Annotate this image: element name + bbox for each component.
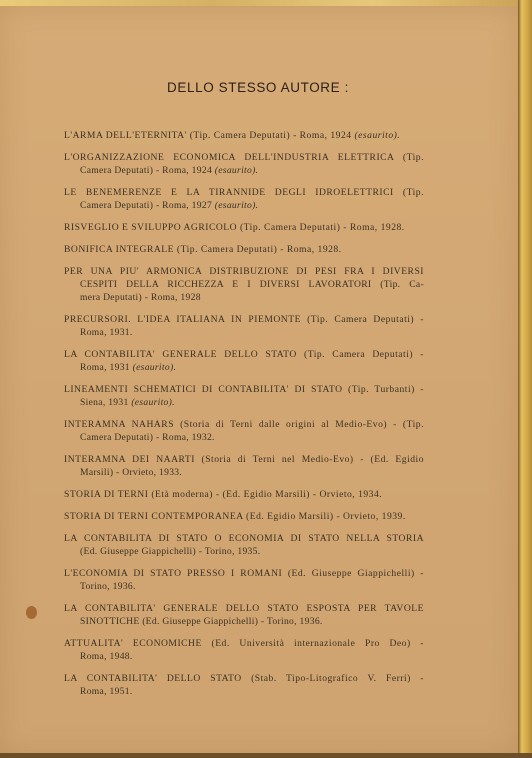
list-item: LA CONTABILITA' GENERALE DELLO STATO ESP… <box>64 602 424 628</box>
list-item: L'ARMA DELL'ETERNITA' (Tip. Camera Deput… <box>64 129 424 142</box>
entry-title: INTERAMNA NAHARS (Storia di Terni dalle … <box>64 418 424 431</box>
entry-title: LA CONTABILITA DI STATO O ECONOMIA DI ST… <box>64 532 424 545</box>
entry-publisher: mera Deputati) - Roma, 1928 <box>64 291 424 304</box>
entry-title: PRECURSORI. L'IDEA ITALIANA IN PIEMONTE … <box>64 313 424 326</box>
entry-title: LINEAMENTI SCHEMATICI DI CONTABILITA' DI… <box>64 383 424 396</box>
entry-title: PER UNA PIU' ARMONICA DISTRIBUZIONE DI P… <box>64 265 424 278</box>
entry-note: (esaurito). <box>215 200 259 211</box>
entry-title: STORIA DI TERNI CONTEMPORANEA (Ed. Egidi… <box>64 510 424 523</box>
entry-title-cont: CESPITI DELLA RICCHEZZA E I DIVERSI LAVO… <box>64 278 424 291</box>
entry-title: LE BENEMERENZE E LA TIRANNIDE DEGLI IDRO… <box>64 186 424 199</box>
list-item: RISVEGLIO E SVILUPPO AGRICOLO (Tip. Came… <box>64 221 424 234</box>
entry-publisher: Marsili) - Orvieto, 1933. <box>64 466 424 479</box>
entry-publisher: Roma, 1931 <box>80 362 133 373</box>
list-item: L'ECONOMIA DI STATO PRESSO I ROMANI (Ed.… <box>64 567 424 593</box>
bibliography-list: L'ARMA DELL'ETERNITA' (Tip. Camera Deput… <box>64 129 424 707</box>
list-item: PER UNA PIU' ARMONICA DISTRIBUZIONE DI P… <box>64 265 424 304</box>
entry-publisher: Camera Deputati) - Roma, 1924 <box>80 165 215 176</box>
list-item: LA CONTABILITA' DELLO STATO (Stab. Tipo-… <box>64 672 424 698</box>
entry-title: L'ARMA DELL'ETERNITA' (Tip. Camera Deput… <box>64 130 354 141</box>
list-item: LE BENEMERENZE E LA TIRANNIDE DEGLI IDRO… <box>64 186 424 212</box>
entry-note: (esaurito). <box>133 362 177 373</box>
list-item: STORIA DI TERNI (Età moderna) - (Ed. Egi… <box>64 488 424 501</box>
book-spine-edge <box>518 0 532 758</box>
entry-title: RISVEGLIO E SVILUPPO AGRICOLO (Tip. Came… <box>64 221 424 234</box>
book-back-cover: DELLO STESSO AUTORE : L'ARMA DELL'ETERNI… <box>0 6 518 754</box>
entry-note: (esaurito). <box>215 165 259 176</box>
list-item: ATTUALITA' ECONOMICHE (Ed. Università in… <box>64 637 424 663</box>
list-item: BONIFICA INTEGRALE (Tip. Camera Deputati… <box>64 243 424 256</box>
paper-stain <box>26 606 37 619</box>
list-item: INTERAMNA DEI NAARTI (Storia di Terni ne… <box>64 453 424 479</box>
entry-publisher: Camera Deputati) - Roma, 1932. <box>64 431 424 444</box>
entry-publisher: Camera Deputati) - Roma, 1927 <box>80 200 215 211</box>
entry-title: BONIFICA INTEGRALE (Tip. Camera Deputati… <box>64 243 424 256</box>
page-bottom-edge <box>0 753 532 758</box>
entry-publisher: Roma, 1931. <box>64 326 424 339</box>
list-item: LA CONTABILITA DI STATO O ECONOMIA DI ST… <box>64 532 424 558</box>
entry-title: INTERAMNA DEI NAARTI (Storia di Terni ne… <box>64 453 424 466</box>
entry-title: LA CONTABILITA' DELLO STATO (Stab. Tipo-… <box>64 672 424 685</box>
entry-publisher: SINOTTICHE (Ed. Giuseppe Giappichelli) -… <box>64 615 424 628</box>
entry-publisher: Siena, 1931 <box>80 397 131 408</box>
entry-publisher: Roma, 1948. <box>64 650 424 663</box>
entry-title: LA CONTABILITA' GENERALE DELLO STATO ESP… <box>64 602 424 615</box>
entry-title: ATTUALITA' ECONOMICHE (Ed. Università in… <box>64 637 424 650</box>
list-item: PRECURSORI. L'IDEA ITALIANA IN PIEMONTE … <box>64 313 424 339</box>
entry-publisher: Torino, 1936. <box>64 580 424 593</box>
entry-note: (esaurito). <box>354 130 400 141</box>
list-item: L'ORGANIZZAZIONE ECONOMICA DELL'INDUSTRI… <box>64 151 424 177</box>
entry-title: L'ECONOMIA DI STATO PRESSO I ROMANI (Ed.… <box>64 567 424 580</box>
entry-title: STORIA DI TERNI (Età moderna) - (Ed. Egi… <box>64 488 424 501</box>
entry-note: (esaurito). <box>131 397 175 408</box>
list-item: STORIA DI TERNI CONTEMPORANEA (Ed. Egidi… <box>64 510 424 523</box>
entry-title: LA CONTABILITA' GENERALE DELLO STATO (Ti… <box>64 348 424 361</box>
entry-publisher: (Ed. Giuseppe Giappichelli) - Torino, 19… <box>64 545 424 558</box>
list-item: LA CONTABILITA' GENERALE DELLO STATO (Ti… <box>64 348 424 374</box>
list-item: LINEAMENTI SCHEMATICI DI CONTABILITA' DI… <box>64 383 424 409</box>
entry-publisher: Roma, 1951. <box>64 685 424 698</box>
page-title: DELLO STESSO AUTORE : <box>0 80 508 95</box>
entry-title: L'ORGANIZZAZIONE ECONOMICA DELL'INDUSTRI… <box>64 151 424 164</box>
list-item: INTERAMNA NAHARS (Storia di Terni dalle … <box>64 418 424 444</box>
